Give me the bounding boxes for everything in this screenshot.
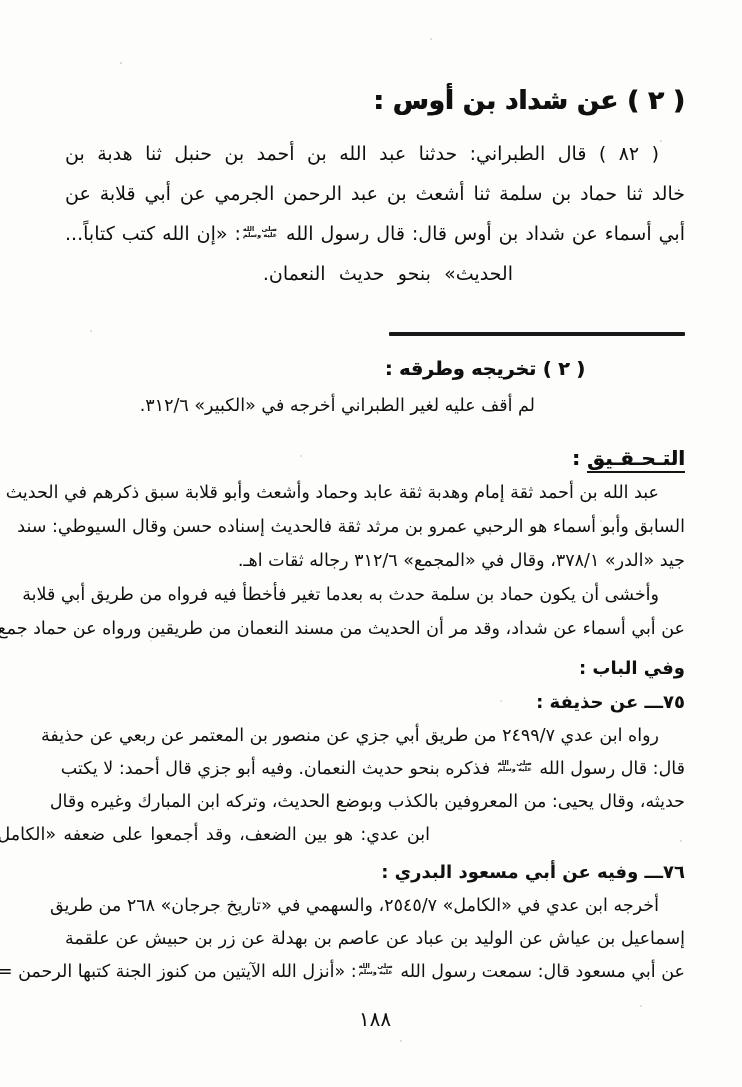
entry-76-line-post: : «أنزل الله الآيتين من كنوز الجنة كتبها… (0, 962, 357, 982)
fi-al-bab-heading: وفي الباب : (65, 654, 685, 684)
tahqiq-line: وأخشى أن يكون حماد بن سلمة حدث به بعدما … (65, 578, 685, 612)
tahqiq-heading: التـحـقـيق : (65, 442, 685, 474)
hadith-paragraph: ( ٨٢ ) قال الطبراني: حدثنا عبد الله بن أ… (65, 134, 685, 294)
tahqiq-line: جيد «الدر» ٣٧٨/١، وقال في «المجمع» ٣١٢/٦… (65, 544, 685, 578)
hadith-line: أبي أسماء عن شداد بن أوس قال: قال رسول ا… (65, 214, 685, 254)
tahqiq-line: عن أبي أسماء عن شداد، وقد مر أن الحديث م… (65, 612, 685, 646)
entry-76-paragraph: أخرجه ابن عدي في «الكامل» ٢٥٤٥/٧، والسهم… (65, 890, 685, 989)
tahqiq-heading-word: التـحـقـيق (587, 446, 685, 473)
entry-75-line-post: فذكره بنحو حديث النعمان. وفيه أبو جزي قا… (61, 759, 496, 779)
takhrij-heading: ( ٢ ) تخريجه وطرقه : (65, 354, 685, 384)
entry-76-line: أخرجه ابن عدي في «الكامل» ٢٥٤٥/٧، والسهم… (65, 890, 685, 923)
entry-75-line: قال: قال رسول الله صلى اللهعليه وسلم فذك… (65, 753, 685, 786)
takhrij-body-line: لم أقف عليه لغير الطبراني أخرجه في «الكب… (65, 390, 685, 422)
hadith-line: خالد ثنا حماد بن سلمة ثنا أشعث بن عبد ال… (65, 174, 685, 214)
entry-75-heading: ٧٥ـــ عن حذيفة : (65, 688, 685, 718)
entry-76-line: عن أبي مسعود قال: سمعت رسول الله صلى الل… (65, 956, 685, 989)
salutation-bottom: عليه وسلم (359, 969, 393, 976)
section-divider (389, 332, 685, 336)
scan-noise (0, 0, 2, 2)
entry-76-line-pre: عن أبي مسعود قال: سمعت رسول الله (395, 962, 685, 982)
hadith-line: ( ٨٢ ) قال الطبراني: حدثنا عبد الله بن أ… (65, 134, 685, 174)
tahqiq-paragraph-1: عبد الله بن أحمد ثقة إمام وهدبة ثقة عابد… (65, 476, 685, 578)
page-number: ١٨٨ (65, 1005, 685, 1033)
hadith-line-pre: أبي أسماء عن شداد بن أوس قال: قال رسول ا… (279, 223, 685, 245)
prophet-salutation-icon: صلى اللهعليه وسلم (243, 226, 277, 239)
entry-75-line: حديثه، وقال يحيى: من المعروفين بالكذب وب… (65, 786, 685, 819)
tahqiq-line: السابق وأبو أسماء هو الرحبي عمرو بن مرثد… (65, 510, 685, 544)
entry-76-heading: ٧٦ـــ وفيه عن أبي مسعود البدري : (65, 858, 685, 888)
prophet-salutation-icon: صلى اللهعليه وسلم (498, 760, 532, 773)
hadith-line-post: : «إن الله كتب كتاباً... (65, 223, 241, 245)
salutation-bottom: عليه وسلم (243, 232, 277, 239)
prophet-salutation-icon: صلى اللهعليه وسلم (359, 963, 393, 976)
entry-75-paragraph: رواه ابن عدي ٢٤٩٩/٧ من طريق أبي جزي عن م… (65, 720, 685, 852)
page-title: ( ٢ ) عن شداد بن أوس : (65, 84, 685, 118)
tahqiq-paragraph-2: وأخشى أن يكون حماد بن سلمة حدث به بعدما … (65, 578, 685, 646)
entry-75-line: ابن عدي: هو بين الضعف، وقد أجمعوا على ضع… (65, 819, 685, 852)
entry-75-line-pre: قال: قال رسول الله (534, 759, 685, 779)
entry-75-line: رواه ابن عدي ٢٤٩٩/٧ من طريق أبي جزي عن م… (65, 720, 685, 753)
tahqiq-line: عبد الله بن أحمد ثقة إمام وهدبة ثقة عابد… (65, 476, 685, 510)
book-page: ( ٢ ) عن شداد بن أوس : ( ٨٢ ) قال الطبرا… (0, 0, 742, 1087)
salutation-bottom: عليه وسلم (498, 766, 532, 773)
entry-76-line: إسماعيل بن عياش عن الوليد بن عباد عن عاص… (65, 923, 685, 956)
tahqiq-heading-colon: : (572, 446, 587, 470)
hadith-line: الحديث» بنحو حديث النعمان. (65, 254, 685, 294)
